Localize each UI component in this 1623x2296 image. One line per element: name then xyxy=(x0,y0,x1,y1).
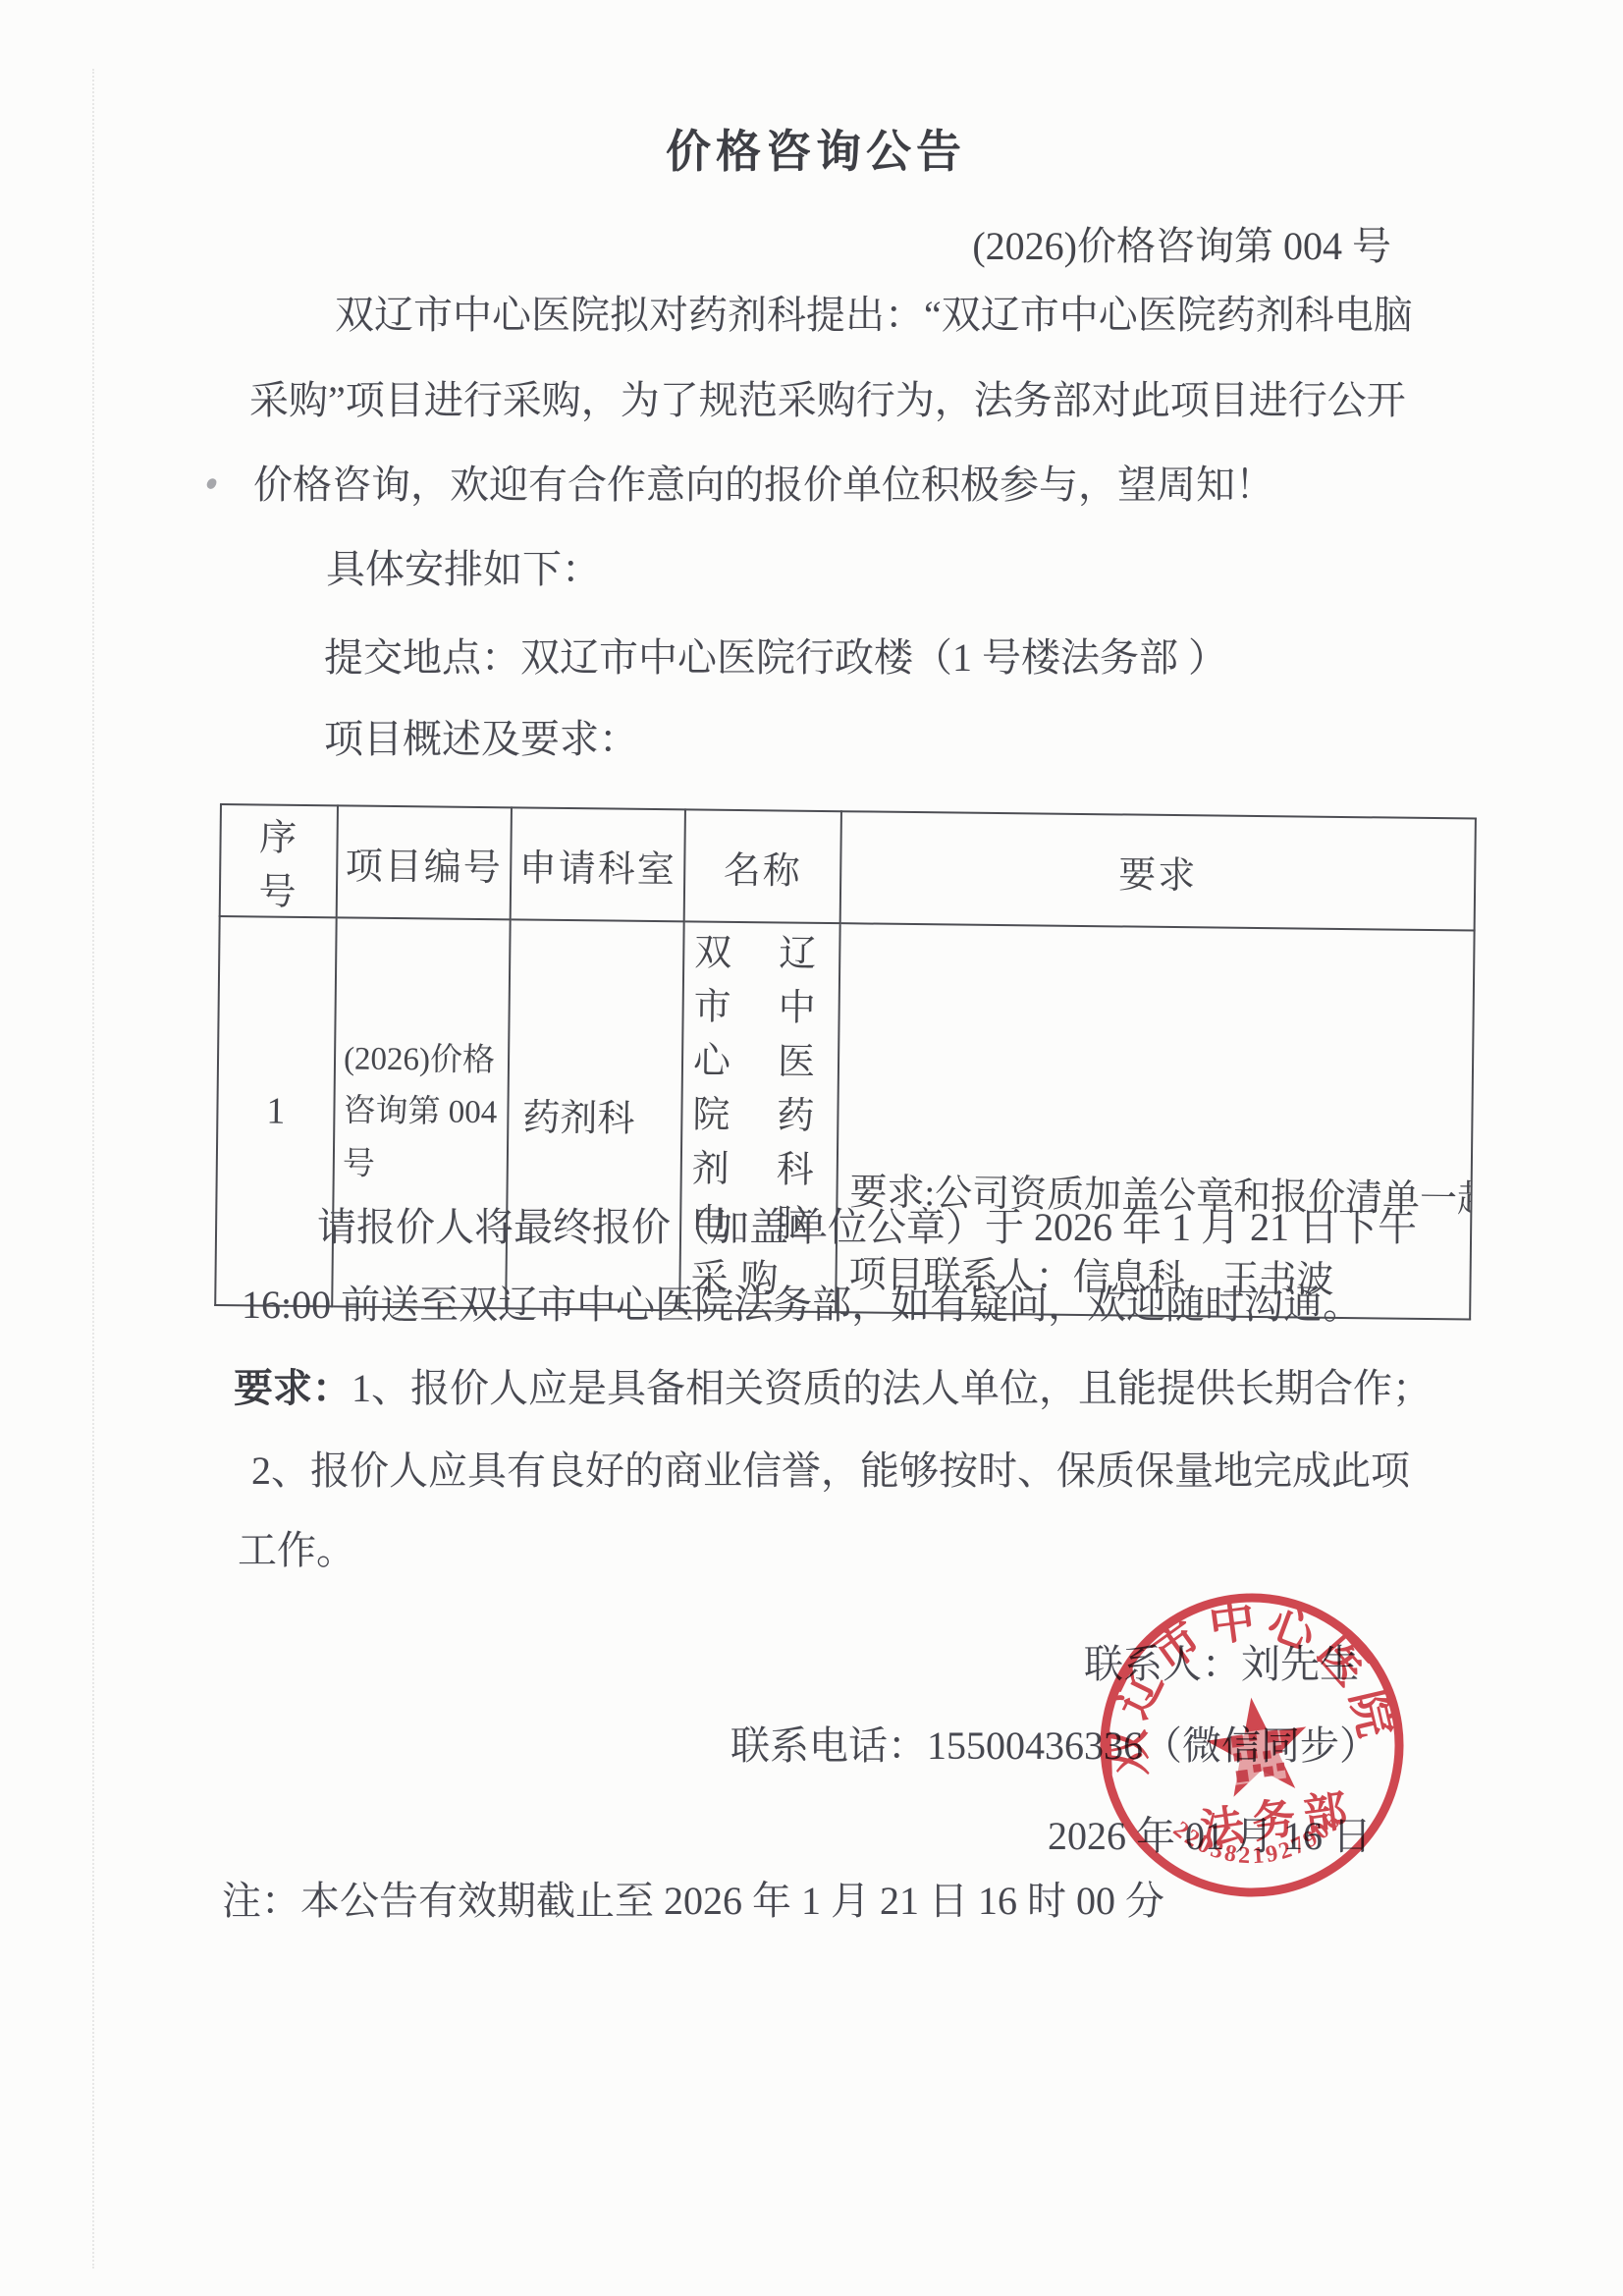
intro-line-1: 双辽市中心医院拟对药剂科提出：“双辽市中心医院药剂科电脑 xyxy=(335,294,1413,336)
cell-project-no: (2026)价格咨询第 004 号 xyxy=(332,917,510,1308)
cell-department: 药剂科 xyxy=(506,919,683,1310)
official-seal: 双辽市中心医院 法务部 2203821927906 xyxy=(1065,1558,1438,1932)
closing-line-5: 工作。 xyxy=(238,1529,355,1571)
reference-number: (2026)价格咨询第 004 号 xyxy=(241,215,1391,271)
document-page: 价格咨询公告 (2026)价格咨询第 004 号 双辽市中心医院拟对药剂科提出：… xyxy=(0,0,1623,2296)
seal-qr-pattern xyxy=(1228,1727,1286,1785)
scan-edge-artifact xyxy=(92,69,96,2269)
closing-line-4: 2、报价人应具有良好的商业信誉，能够按时、保质保量地完成此项 xyxy=(251,1449,1410,1492)
header-department: 申请科室 xyxy=(511,807,685,921)
table-header-row: 序 号 项目编号 申请科室 名称 要求 xyxy=(220,804,1476,930)
ink-dot-artifact xyxy=(205,477,217,490)
page-title: 价格咨询公告 xyxy=(241,116,1391,181)
requirements-label: 要求： xyxy=(234,1366,352,1410)
cell-name: 双辽市中心医院药剂科电脑采购 xyxy=(679,921,839,1311)
requirements-text: 1、报价人应是具备相关资质的法人单位，且能提供长期合作； xyxy=(352,1366,1432,1410)
table-row: 1 (2026)价格咨询第 004 号 药剂科 双辽市中心医院药剂科电脑采购 要… xyxy=(215,916,1474,1319)
header-seq: 序 号 xyxy=(220,804,338,917)
cell-requirements: 要求:公司资质加盖公章和报价清单一起。 项目联系人：信息科 王书波 联系电话： … xyxy=(836,923,1474,1319)
closing-line-3: 要求：1、报价人应是具备相关资质的法人单位，且能提供长期合作； xyxy=(234,1367,1432,1409)
closing-line-1: 请报价人将最终报价（加盖单位公章）于 2026 年 1 月 21 日下午 xyxy=(317,1206,1417,1248)
intro-line-2: 采购”项目进行采购，为了规范采购行为，法务部对此项目进行公开 xyxy=(249,379,1406,421)
validity-note: 注：本公告有效期截止至 2026 年 1 月 21 日 16 时 00 分 xyxy=(222,1870,1164,1926)
header-requirements: 要求 xyxy=(840,811,1476,930)
intro-line-3: 价格咨询，欢迎有合作意向的报价单位积极参与，望周知！ xyxy=(253,464,1274,506)
submission-location-line: 提交地点：双辽市中心医院行政楼（1 号楼法务部 ） xyxy=(324,636,1227,679)
closing-line-2: 16:00 前送至双辽市中心医院法务部，如有疑问，欢迎随时沟通。 xyxy=(242,1284,1362,1326)
header-project-no: 项目编号 xyxy=(337,805,512,919)
project-overview-heading: 项目概述及要求： xyxy=(324,718,638,760)
arrangement-heading: 具体安排如下： xyxy=(326,548,601,590)
header-name: 名称 xyxy=(684,809,841,923)
